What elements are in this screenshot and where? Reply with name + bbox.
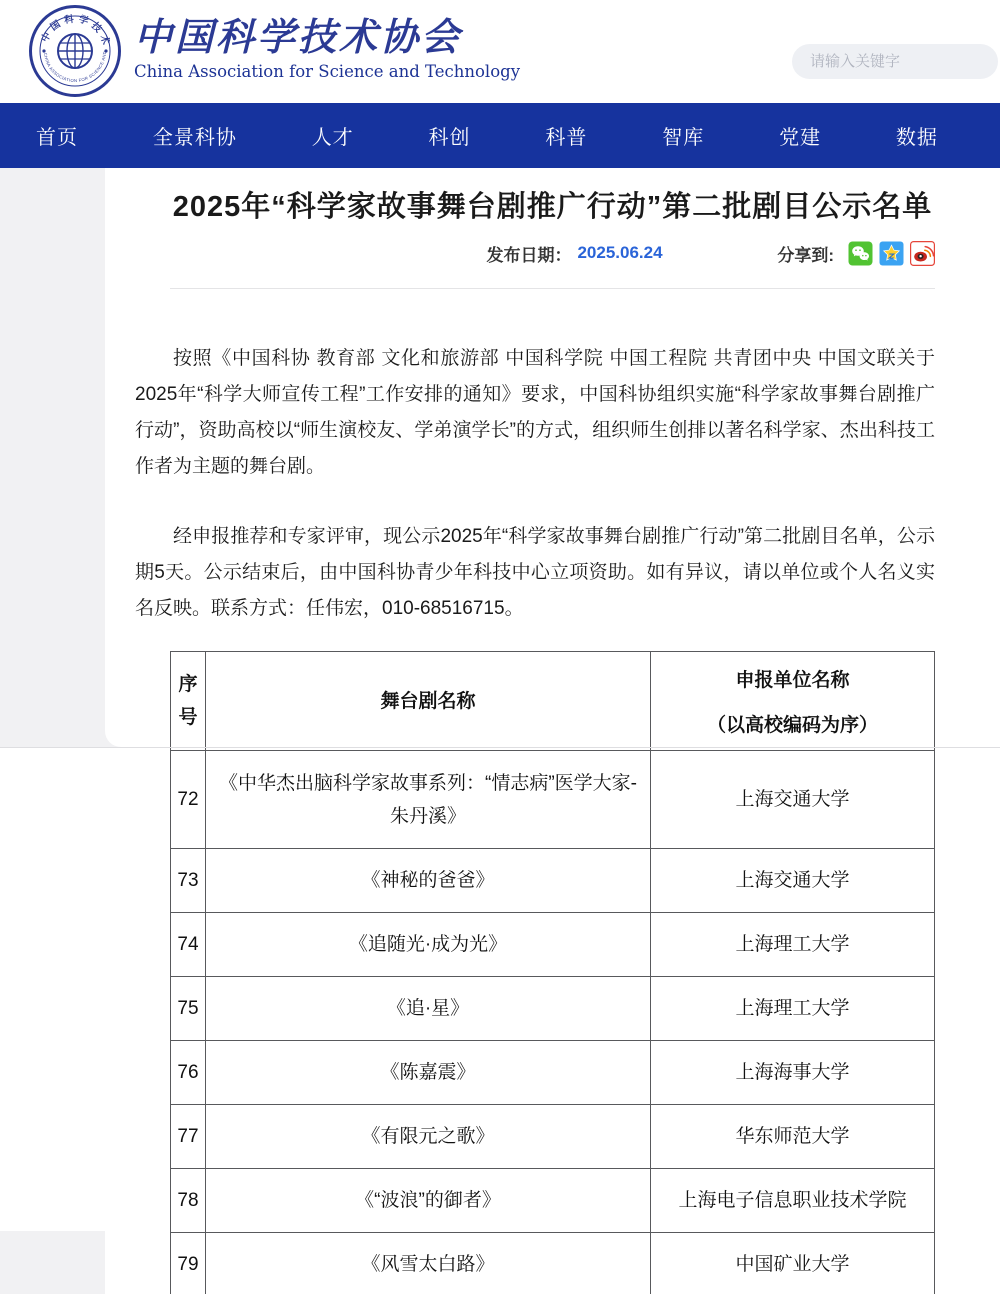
nav-item-talent[interactable]: 人才 <box>312 121 354 150</box>
qzone-share-icon[interactable] <box>879 241 904 266</box>
nav-item-data[interactable]: 数据 <box>896 121 938 150</box>
page: 中国科学技术协会 CHINA ASSOCIATION FOR SCIENCE A… <box>0 0 1000 1294</box>
table-row: 74 《追随光·成为光》 上海理工大学 <box>171 913 935 977</box>
card-rounded-corner <box>105 731 121 747</box>
play-name-cell: 《有限元之歌》 <box>206 1105 651 1169</box>
col-header-play: 舞台剧名称 <box>206 652 651 751</box>
play-name-cell: 《神秘的爸爸》 <box>206 849 651 913</box>
publish-date-label: 发布日期： <box>486 241 571 266</box>
unit-name-cell: 上海交通大学 <box>651 751 935 849</box>
row-number-cell: 73 <box>171 849 206 913</box>
col-header-unit-title: 申报单位名称 <box>735 664 849 697</box>
article: 2025年“科学家故事舞台剧推广行动”第二批剧目公示名单 发布日期： 2025.… <box>105 184 1000 1294</box>
table-header-row: 序号 舞台剧名称 申报单位名称 （以高校编码为序） <box>171 652 935 751</box>
play-name-cell: 《追·星》 <box>206 977 651 1041</box>
row-number-cell: 72 <box>171 751 206 849</box>
col-header-unit: 申报单位名称 （以高校编码为序） <box>651 652 935 751</box>
unit-name-cell: 上海海事大学 <box>651 1041 935 1105</box>
row-number-cell: 76 <box>171 1041 206 1105</box>
table-row: 79 《风雪太白路》 中国矿业大学 <box>171 1233 935 1294</box>
play-name-cell: 《风雪太白路》 <box>206 1233 651 1294</box>
col-header-no: 序号 <box>171 652 206 751</box>
logo-text: 中国科学技术协会 China Association for Science a… <box>134 4 520 81</box>
play-name-cell: 《“波浪”的御者》 <box>206 1169 651 1233</box>
cast-seal-icon: 中国科学技术协会 CHINA ASSOCIATION FOR SCIENCE A… <box>28 4 122 103</box>
play-name-cell: 《陈嘉震》 <box>206 1041 651 1105</box>
publish-date-group: 发布日期： 2025.06.24 <box>486 241 662 266</box>
page-title: 2025年“科学家故事舞台剧推广行动”第二批剧目公示名单 <box>105 184 1000 225</box>
site-header: 中国科学技术协会 CHINA ASSOCIATION FOR SCIENCE A… <box>0 0 1000 103</box>
paragraph-1: 按照《中国科协 教育部 文化和旅游部 中国科学院 中国工程院 共青团中央 中国文… <box>135 341 935 485</box>
table-row: 73 《神秘的爸爸》 上海交通大学 <box>171 849 935 913</box>
nav-item-thinktank[interactable]: 智库 <box>662 121 704 150</box>
unit-name-cell: 上海理工大学 <box>651 977 935 1041</box>
weibo-share-icon[interactable] <box>910 241 935 266</box>
meta-row: 发布日期： 2025.06.24 分享到: <box>135 239 970 267</box>
nav-item-party[interactable]: 党建 <box>779 121 821 150</box>
play-name-cell: 《追随光·成为光》 <box>206 913 651 977</box>
publish-date-value: 2025.06.24 <box>577 243 662 263</box>
table-row: 78 《“波浪”的御者》 上海电子信息职业技术学院 <box>171 1169 935 1233</box>
nav-item-home[interactable]: 首页 <box>36 121 78 150</box>
table-row: 72 《中华杰出脑科学家故事系列：“情志病”医学大家-朱丹溪》 上海交通大学 <box>171 751 935 849</box>
row-number-cell: 78 <box>171 1169 206 1233</box>
title-divider <box>170 288 935 289</box>
nav-item-panorama[interactable]: 全景科协 <box>153 121 237 150</box>
unit-name-cell: 上海理工大学 <box>651 913 935 977</box>
row-number-cell: 77 <box>171 1105 206 1169</box>
unit-name-cell: 上海交通大学 <box>651 849 935 913</box>
nav-item-sci-innov[interactable]: 科创 <box>429 121 471 150</box>
col-header-unit-note: （以高校编码为序） <box>707 709 878 742</box>
main-nav: 首页 全景科协 人才 科创 科普 智库 党建 数据 <box>0 103 1000 168</box>
table-row: 75 《追·星》 上海理工大学 <box>171 977 935 1041</box>
nav-item-sci-pop[interactable]: 科普 <box>545 121 587 150</box>
logo-title-cn: 中国科学技术协会 <box>134 14 520 60</box>
left-gutter-top <box>0 168 105 747</box>
unit-name-cell: 华东师范大学 <box>651 1105 935 1169</box>
row-number-cell: 75 <box>171 977 206 1041</box>
logo-title-en: China Association for Science and Techno… <box>134 62 520 81</box>
search-box[interactable] <box>792 44 998 79</box>
share-label: 分享到: <box>777 241 834 266</box>
left-gutter-bottom <box>0 1231 105 1294</box>
wechat-share-icon[interactable] <box>848 241 873 266</box>
body-text: 按照《中国科协 教育部 文化和旅游部 中国科学院 中国工程院 共青团中央 中国文… <box>135 341 935 627</box>
site-logo[interactable]: 中国科学技术协会 CHINA ASSOCIATION FOR SCIENCE A… <box>28 4 520 103</box>
share-group: 分享到: <box>777 241 935 266</box>
unit-name-cell: 上海电子信息职业技术学院 <box>651 1169 935 1233</box>
paragraph-2: 经申报推荐和专家评审，现公示2025年“科学家故事舞台剧推广行动”第二批剧目名单… <box>135 519 935 627</box>
search-input[interactable] <box>810 53 1000 70</box>
play-name-cell: 《中华杰出脑科学家故事系列：“情志病”医学大家-朱丹溪》 <box>206 751 651 849</box>
row-number-cell: 79 <box>171 1233 206 1294</box>
screenshot-seam-line <box>0 747 1000 748</box>
unit-name-cell: 中国矿业大学 <box>651 1233 935 1294</box>
row-number-cell: 74 <box>171 913 206 977</box>
table-row: 76 《陈嘉震》 上海海事大学 <box>171 1041 935 1105</box>
table-row: 77 《有限元之歌》 华东师范大学 <box>171 1105 935 1169</box>
